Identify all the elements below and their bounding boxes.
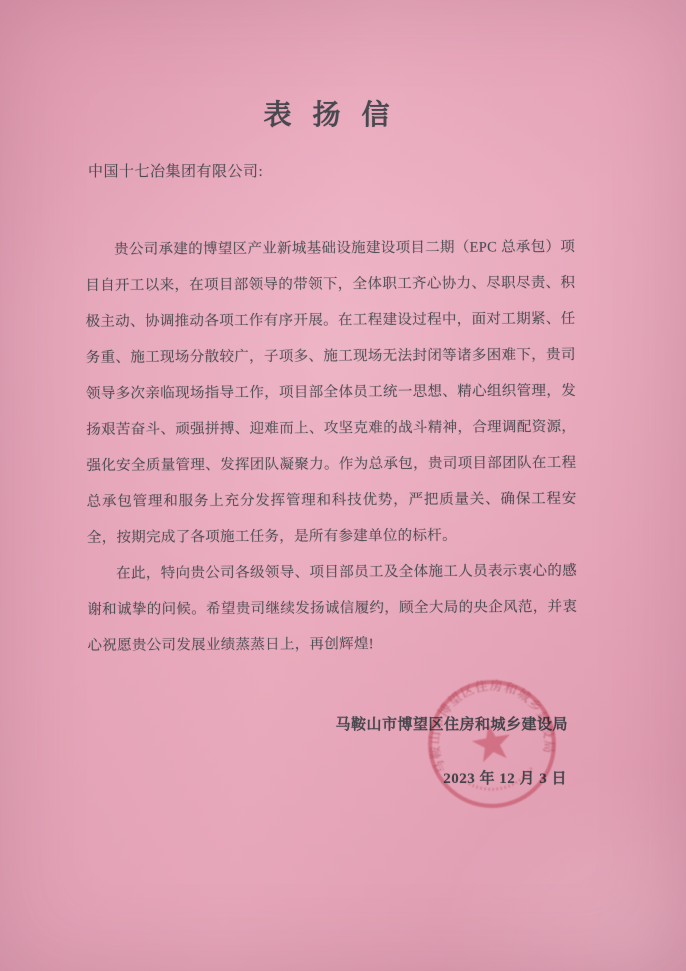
letter-salutation: 中国十七冶集团有限公司: bbox=[88, 160, 263, 181]
letter-paragraph-2: 在此，特向贵公司各级领导、项目部员工及全体施工人员表示衷心的感谢和诚挚的问候。希… bbox=[87, 553, 578, 664]
letter-title: 表 扬 信 bbox=[85, 93, 575, 133]
seal-serial-marks bbox=[462, 767, 535, 795]
seal-ring-text: 马鞍山市博望区住房和城乡建设局 bbox=[417, 668, 559, 776]
star-icon bbox=[469, 721, 513, 764]
letter-content: 表 扬 信 中国十七冶集团有限公司: 贵公司承建的博望区产业新城基础设施建设项目… bbox=[0, 0, 686, 971]
seal-ring-text-container: 马鞍山市博望区住房和城乡建设局 bbox=[417, 668, 559, 776]
letter-photo: 表 扬 信 中国十七冶集团有限公司: 贵公司承建的博望区产业新城基础设施建设项目… bbox=[0, 0, 686, 971]
official-seal: 马鞍山市博望区住房和城乡建设局 bbox=[413, 665, 571, 823]
letter-body: 贵公司承建的博望区产业新城基础设施建设项目二期（EPC 总承包）项目自开工以来，… bbox=[85, 229, 578, 664]
letter-paragraph-1: 贵公司承建的博望区产业新城基础设施建设项目二期（EPC 总承包）项目自开工以来，… bbox=[85, 229, 577, 556]
